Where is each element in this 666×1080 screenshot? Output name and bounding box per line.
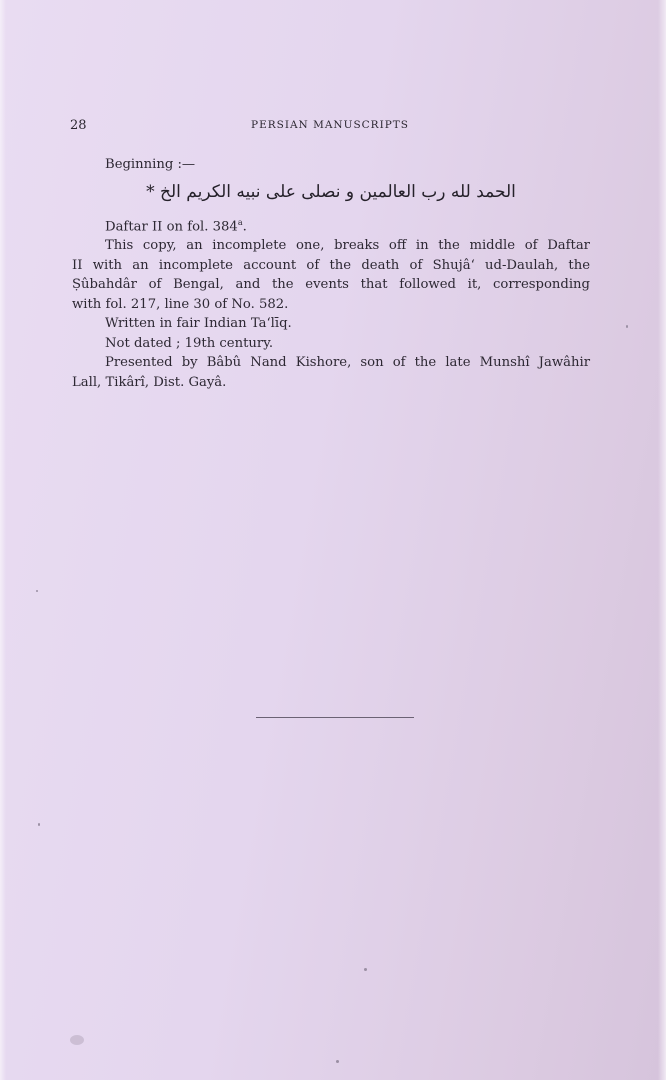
section-divider xyxy=(256,717,414,718)
page-edge-right xyxy=(658,0,666,1080)
date-line: Not dated ; 19th century. xyxy=(72,334,590,354)
paper-speck xyxy=(336,1060,339,1063)
description-line-4: with fol. 217, line 30 of No. 582. xyxy=(72,295,590,315)
page-header: 28 PERSIAN MANUSCRIPTS xyxy=(70,118,590,136)
page-edge-left xyxy=(0,0,6,1080)
daftar-text: Daftar II on fol. 384 xyxy=(105,219,238,234)
provenance-line-1: Presented by Bâbû Nand Kishore, son of t… xyxy=(72,353,590,373)
daftar-end: . xyxy=(243,219,247,234)
provenance-line-2: Lall, Tikârî, Dist. Gayâ. xyxy=(72,373,590,393)
catalogue-entry: Beginning :— الحمد لله رب العالمين و نصل… xyxy=(72,155,590,392)
description-line-3: Ṣûbahdâr of Bengal, and the events that … xyxy=(72,275,590,295)
paper-speck xyxy=(38,823,40,826)
paper-stain xyxy=(70,1035,84,1045)
running-title: PERSIAN MANUSCRIPTS xyxy=(70,119,590,131)
beginning-label: Beginning :— xyxy=(72,155,590,175)
arabic-incipit: الحمد لله رب العالمين و نصلى على نبيه ال… xyxy=(72,177,590,207)
daftar-line: Daftar II on fol. 384a. xyxy=(72,213,590,237)
description-line-1: This copy, an incomplete one, breaks off… xyxy=(72,236,590,256)
paper-speck xyxy=(364,968,367,971)
script-line: Written in fair Indian Ta‘līq. xyxy=(72,314,590,334)
paper-speck xyxy=(626,325,628,328)
description-line-2: II with an incomplete account of the dea… xyxy=(72,256,590,276)
paper-speck xyxy=(36,590,38,592)
